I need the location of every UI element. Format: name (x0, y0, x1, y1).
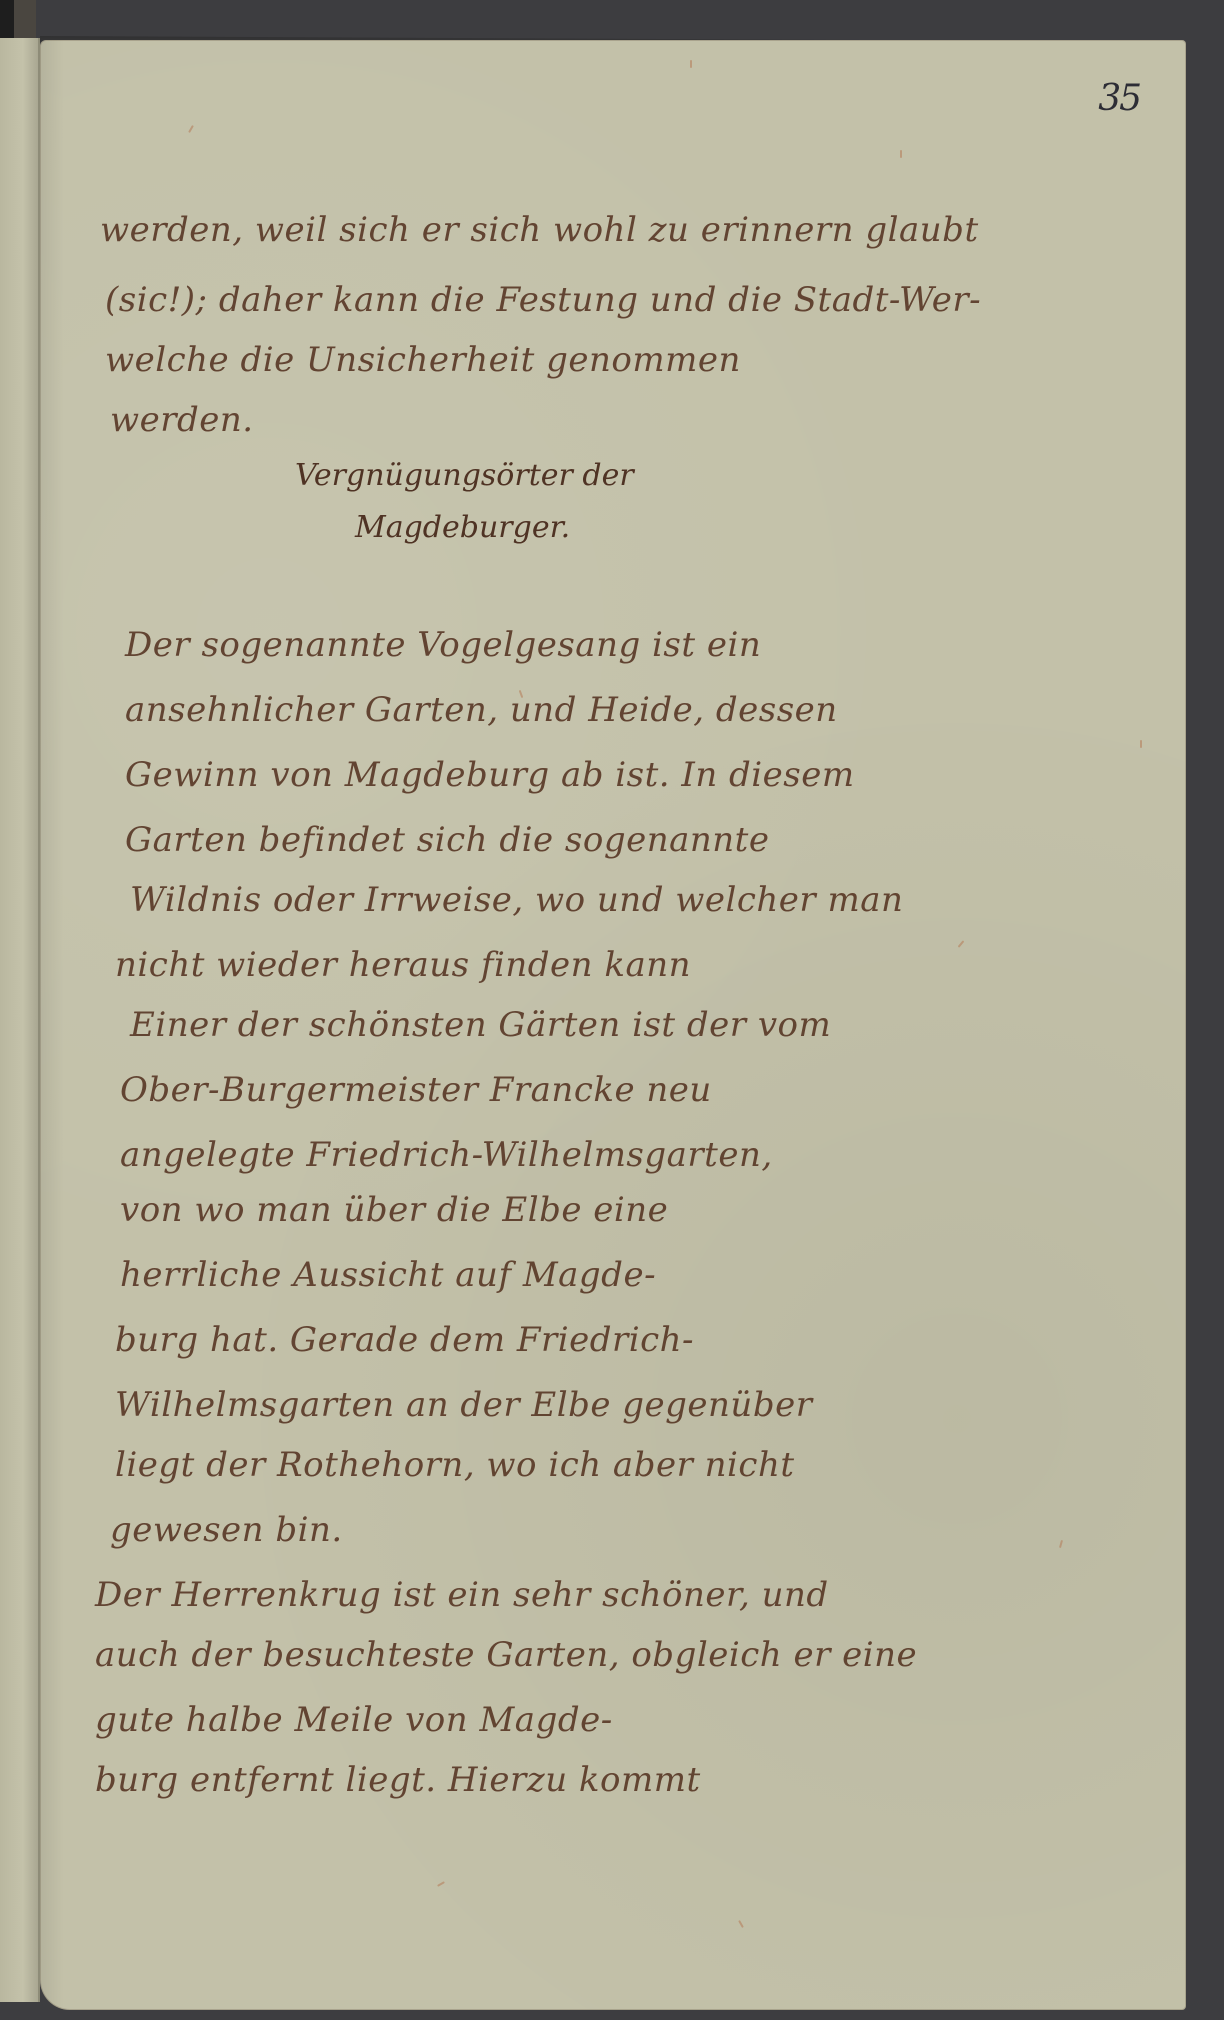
text-line: gute halbe Meile von Magde- (95, 1700, 613, 1740)
text-line: auch der besuchteste Garten, obgleich er… (95, 1635, 917, 1675)
paper-fleck (738, 1920, 744, 1928)
paper-fleck (1059, 1540, 1063, 1548)
text-line: burg entfernt liegt. Hierzu kommt (95, 1760, 701, 1800)
text-line: werden. (110, 400, 254, 440)
text-line: Der sogenannte Vogelgesang ist ein (125, 625, 761, 665)
text-line: werden, weil sich er sich wohl zu erinne… (100, 210, 979, 250)
text-line: welche die Unsicherheit genommen (105, 340, 741, 380)
text-line: Gewinn von Magdeburg ab ist. In diesem (125, 755, 855, 795)
text-line: angelegte Friedrich-Wilhelmsgarten, (120, 1135, 773, 1175)
paper-fleck (958, 940, 965, 947)
scan-background: 35 werden, weil sich er sich wohl zu eri… (0, 0, 1224, 2020)
text-line: liegt der Rothehorn, wo ich aber nicht (115, 1445, 795, 1485)
text-line: Ober-Burgermeister Francke neu (120, 1070, 712, 1110)
text-line: (sic!); daher kann die Festung und die S… (105, 280, 981, 320)
previous-page-edge (0, 38, 40, 2002)
manuscript-page: 35 werden, weil sich er sich wohl zu eri… (40, 40, 1186, 2010)
paper-fleck (690, 60, 692, 68)
section-heading-line1: Vergnügungsörter der (295, 458, 634, 493)
text-line: gewesen bin. (110, 1510, 343, 1550)
text-line: burg hat. Gerade dem Friedrich- (115, 1320, 694, 1360)
text-line: Wilhelmsgarten an der Elbe gegenüber (115, 1385, 812, 1425)
paper-fleck (900, 150, 902, 158)
text-line: Der Herrenkrug ist ein sehr schöner, und (95, 1575, 829, 1615)
text-line: Wildnis oder Irrweise, wo und welcher ma… (130, 880, 903, 920)
text-line: ansehnlicher Garten, und Heide, dessen (125, 690, 838, 730)
text-line: von wo man über die Elbe eine (120, 1190, 668, 1230)
section-heading-line2: Magdeburger. (355, 510, 570, 545)
text-line: herrliche Aussicht auf Magde- (120, 1255, 656, 1295)
text-line: Einer der schönsten Gärten ist der vom (130, 1005, 831, 1045)
paper-fleck (188, 125, 194, 133)
folio-number: 35 (1098, 78, 1140, 119)
paper-fleck (437, 1881, 445, 1887)
text-line: nicht wieder heraus finden kann (115, 945, 691, 985)
paper-fleck (1140, 740, 1142, 748)
text-line: Garten befindet sich die sogenannte (125, 820, 769, 860)
